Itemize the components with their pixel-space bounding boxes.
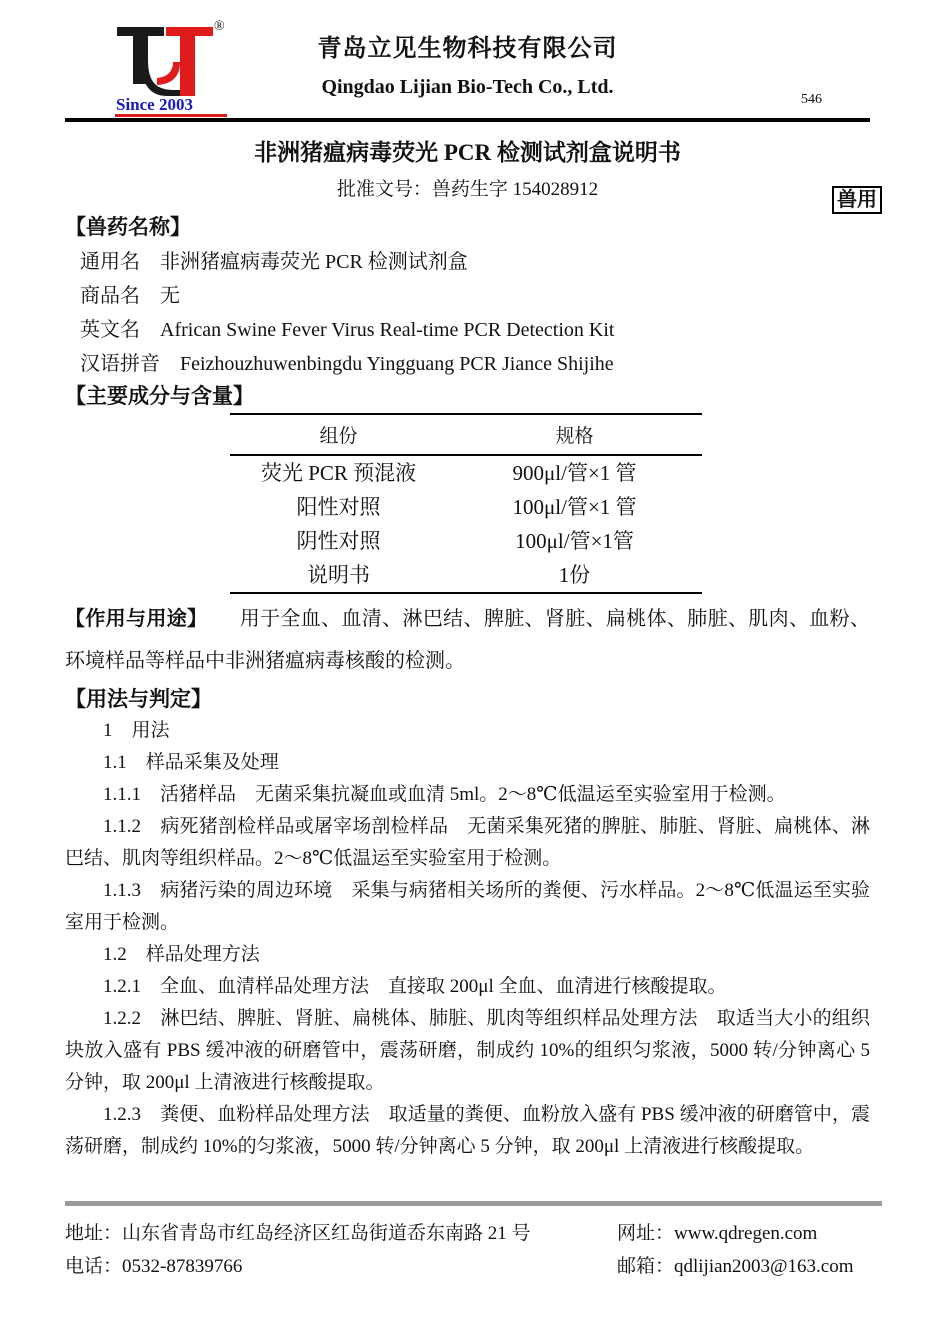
row-value: Feizhouzhuwenbingdu Yingguang PCR Jiance…: [180, 353, 614, 375]
method-paragraph: 1.1.2 病死猪剖检样品或屠宰场剖检样品 无菌采集死猪的脾脏、肺脏、肾脏、扁桃…: [65, 811, 870, 875]
document-title: 非洲猪瘟病毒荧光 PCR 检测试剂盒说明书: [65, 138, 870, 168]
usage-paragraph: 【作用与用途】用于全血、血清、淋巴结、脾脏、肾脏、扁桃体、肺脏、肌肉、血粉、环境…: [65, 598, 870, 682]
column-header-spec: 规格: [447, 414, 702, 455]
page-number: 546: [801, 92, 822, 108]
footer-left-column: 地址：山东省青岛市红岛经济区红岛街道岙东南路 21 号 电话：0532-8783…: [65, 1217, 617, 1283]
drug-name-row-trade: 商品名无: [80, 279, 870, 313]
method-paragraph: 1.1 样品采集及处理: [65, 747, 870, 779]
section-header-usage: 【作用与用途】: [65, 608, 207, 630]
method-paragraph: 1.2.1 全血、血清样品处理方法 直接取 200μl 全血、血清进行核酸提取。: [65, 971, 870, 1003]
table-row: 阴性对照 100μl/管×1管: [230, 524, 702, 558]
cell-component: 阴性对照: [230, 524, 447, 558]
approval-number: 批准文号：兽药生字 154028912: [65, 177, 870, 203]
method-paragraph: 1 用法: [65, 715, 870, 747]
table-row: 荧光 PCR 预混液 900μl/管×1 管: [230, 455, 702, 490]
row-value: 非洲猪瘟病毒荧光 PCR 检测试剂盒: [160, 251, 468, 273]
header-divider: [65, 118, 870, 122]
column-header-component: 组份: [230, 414, 447, 455]
drug-name-row-generic: 通用名非洲猪瘟病毒荧光 PCR 检测试剂盒: [80, 245, 870, 279]
row-label: 英文名: [80, 319, 140, 341]
method-paragraph: 1.1.1 活猪样品 无菌采集抗凝血或血清 5ml。2～8℃低温运至实验室用于检…: [65, 779, 870, 811]
section-header-drug-name: 【兽药名称】: [65, 212, 870, 242]
row-label: 汉语拼音: [80, 353, 160, 375]
table-header-row: 组份 规格: [230, 414, 702, 455]
document-page: ® Since 2003 青岛立见生物科技有限公司 Qingdao Lijian…: [0, 0, 932, 1323]
drug-name-rows: 通用名非洲猪瘟病毒荧光 PCR 检测试剂盒 商品名无 英文名African Sw…: [65, 245, 870, 381]
footer-address: 地址：山东省青岛市红岛经济区红岛街道岙东南路 21 号: [65, 1217, 617, 1250]
company-logo-lj-icon: ® Since 2003: [105, 14, 237, 118]
footer-website: 网址：www.qdregen.com: [617, 1217, 882, 1250]
method-paragraph: 1.1.3 病猪污染的周边环境 采集与病猪相关场所的粪便、污水样品。2～8℃低温…: [65, 875, 870, 939]
cell-component: 说明书: [230, 558, 447, 593]
footer-right-column: 网址：www.qdregen.com 邮箱：qdlijian2003@163.c…: [617, 1217, 882, 1283]
composition-table: 组份 规格 荧光 PCR 预混液 900μl/管×1 管 阳性对照 100μl/…: [230, 413, 702, 594]
cell-spec: 900μl/管×1 管: [447, 455, 702, 490]
row-value: African Swine Fever Virus Real-time PCR …: [160, 319, 614, 341]
row-value: 无: [160, 285, 180, 307]
table-row: 阳性对照 100μl/管×1 管: [230, 490, 702, 524]
method-paragraph: 1.2.3 粪便、血粉样品处理方法 取适量的粪便、血粉放入盛有 PBS 缓冲液的…: [65, 1099, 870, 1163]
registered-mark-icon: ®: [214, 19, 225, 34]
logo-since-label: Since 2003: [116, 95, 193, 114]
cell-component: 荧光 PCR 预混液: [230, 455, 447, 490]
method-paragraph: 1.2.2 淋巴结、脾脏、肾脏、扁桃体、肺脏、肌肉等组织样品处理方法 取适当大小…: [65, 1003, 870, 1099]
footer-phone: 电话：0532-87839766: [65, 1250, 617, 1283]
drug-name-row-english: 英文名African Swine Fever Virus Real-time P…: [80, 313, 870, 347]
footer-divider: [65, 1201, 882, 1206]
footer-email: 邮箱：qdlijian2003@163.com: [617, 1250, 882, 1283]
contact-footer: 地址：山东省青岛市红岛经济区红岛街道岙东南路 21 号 电话：0532-8783…: [65, 1201, 882, 1283]
method-paragraphs: 1 用法 1.1 样品采集及处理 1.1.1 活猪样品 无菌采集抗凝血或血清 5…: [65, 715, 870, 1163]
cell-spec: 1份: [447, 558, 702, 593]
section-header-composition: 【主要成分与含量】: [65, 381, 870, 411]
drug-name-row-pinyin: 汉语拼音Feizhouzhuwenbingdu Yingguang PCR Ji…: [80, 347, 870, 381]
veterinary-use-badge: 兽用: [832, 186, 882, 214]
cell-component: 阳性对照: [230, 490, 447, 524]
cell-spec: 100μl/管×1管: [447, 524, 702, 558]
method-paragraph: 1.2 样品处理方法: [65, 939, 870, 971]
row-label: 通用名: [80, 251, 140, 273]
company-header: ® Since 2003 青岛立见生物科技有限公司 Qingdao Lijian…: [65, 0, 870, 118]
table-row: 说明书 1份: [230, 558, 702, 593]
cell-spec: 100μl/管×1 管: [447, 490, 702, 524]
section-header-method: 【用法与判定】: [65, 684, 870, 715]
row-label: 商品名: [80, 285, 140, 307]
